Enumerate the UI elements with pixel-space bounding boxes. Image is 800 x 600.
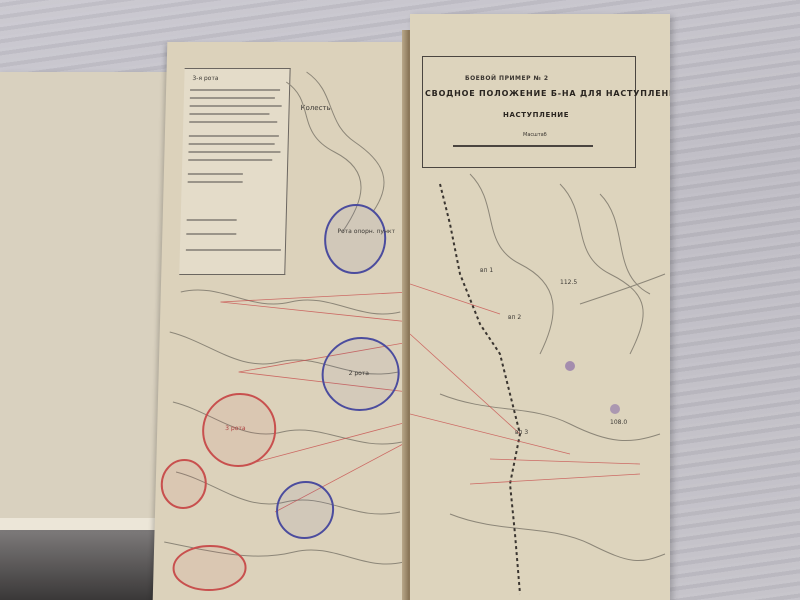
stamp-label: Рота опорн. пункт xyxy=(337,228,395,235)
blue-unit-stamp xyxy=(324,205,386,273)
point-label: вп 1 xyxy=(480,267,493,274)
blue-unit-stamp xyxy=(276,482,333,538)
point-label: вп 3 xyxy=(515,429,528,436)
front-line xyxy=(440,184,520,594)
stamp-label: 2 рота xyxy=(349,370,370,377)
shadow-floor xyxy=(0,530,170,600)
red-unit-stamp xyxy=(161,460,206,508)
map-right-page: БОЕВОЙ ПРИМЕР № 2 СВОДНОЕ ПОЛОЖЕНИЕ Б-НА… xyxy=(410,14,670,600)
red-unit-stamp xyxy=(173,546,246,590)
book-cover-edge xyxy=(0,518,175,530)
height-label: 112.5 xyxy=(560,279,577,286)
stamp-label: 3 рота xyxy=(225,425,246,432)
map-overlay-left xyxy=(153,42,423,600)
point-label: вп 2 xyxy=(508,314,521,321)
height-label: 108.0 xyxy=(610,419,627,426)
map-overlay-right xyxy=(410,14,670,600)
map-left-page: 3-я рота Колесть xyxy=(153,42,423,600)
